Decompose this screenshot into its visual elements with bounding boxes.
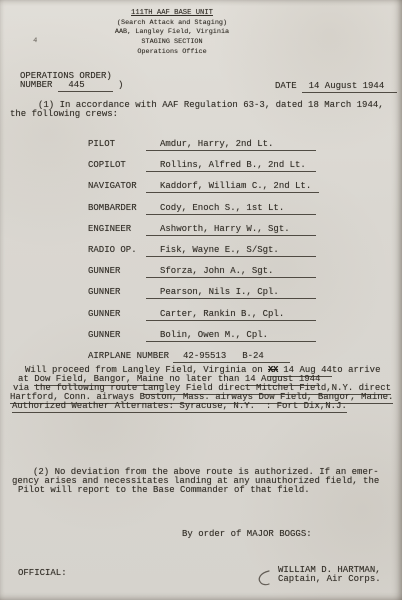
crew-row: BOMBARDERCody, Enoch S., 1st Lt. — [88, 203, 319, 224]
crew-role: GUNNER — [88, 330, 146, 340]
crew-row: GUNNERSforza, John A., Sgt. — [88, 266, 319, 287]
crew-name: Amdur, Harry, 2nd Lt. — [146, 139, 316, 151]
movement-line-5: Authorized Weather Alternates: Syracuse,… — [10, 402, 393, 411]
crew-name: Ashworth, Harry W., Sgt. — [146, 224, 316, 236]
paragraph-2-line-3: Pilot will report to the Base Commander … — [10, 486, 379, 495]
paragraph-2: (2) No deviation from the above route is… — [10, 468, 379, 495]
document-page: 111TH AAF BASE UNIT (Search Attack and S… — [0, 0, 402, 600]
pen-mark-icon — [255, 569, 271, 587]
official-label: OFFICIAL: — [18, 569, 67, 578]
crew-role: GUNNER — [88, 266, 146, 276]
paragraph-1-line-2: the following crews: — [10, 110, 384, 119]
crew-row: GUNNERBolin, Owen M., Cpl. — [88, 330, 319, 351]
pencil-mark: 4 — [33, 38, 38, 45]
unit-office: Operations Office — [0, 48, 344, 58]
crew-row: GUNNERPearson, Nils I., Cpl. — [88, 287, 319, 308]
unit-subtitle: (Search Attack and Staging) — [0, 19, 344, 29]
order-close-paren: ) — [118, 80, 123, 90]
signature-title: Captain, Air Corps. — [278, 575, 381, 584]
document-header: 111TH AAF BASE UNIT (Search Attack and S… — [0, 9, 344, 58]
unit-location: AAB, Langley Field, Virginia — [0, 28, 344, 38]
crew-name: Rollins, Alfred B., 2nd Lt. — [146, 160, 316, 172]
operations-order-block: OPERATIONS ORDER) NUMBER445 ) — [20, 72, 123, 92]
crew-name: Carter, Rankin B., Cpl. — [146, 309, 316, 321]
date-block: DATE14 August 1944 — [275, 82, 397, 93]
signature-block: WILLIAM D. HARTMAN, Captain, Air Corps. — [278, 566, 381, 584]
order-number-value: 445 — [58, 81, 112, 92]
paragraph-1: (1) In accordance with AAF Regulation 63… — [10, 101, 384, 119]
crew-role: ENGINEER — [88, 224, 146, 234]
crew-name: Bolin, Owen M., Cpl. — [146, 330, 316, 342]
crew-role: BOMBARDER — [88, 203, 146, 213]
crew-row: NAVIGATORKaddorf, William C., 2nd Lt. — [88, 181, 319, 202]
crew-role: NAVIGATOR — [88, 181, 146, 191]
movement-l1-post: to arrive — [332, 365, 381, 375]
crew-name: Fisk, Wayne E., S/Sgt. — [146, 245, 316, 257]
crew-row: COPILOTRollins, Alfred B., 2nd Lt. — [88, 160, 319, 181]
crew-row: RADIO OP.Fisk, Wayne E., S/Sgt. — [88, 245, 319, 266]
crew-name: Kaddorf, William C., 2nd Lt. — [146, 181, 319, 193]
airplane-serial: 42-95513 — [183, 351, 226, 361]
date-label: DATE — [275, 81, 297, 91]
crew-name: Sforza, John A., Sgt. — [146, 266, 316, 278]
crew-table: PILOTAmdur, Harry, 2nd Lt. COPILOTRollin… — [88, 139, 319, 372]
weather-alternates: Authorized Weather Alternates: Syracuse,… — [12, 401, 347, 413]
crew-role: COPILOT — [88, 160, 146, 170]
crew-role: GUNNER — [88, 309, 146, 319]
airplane-number-value: 42-95513B-24 — [173, 351, 290, 363]
crew-name: Pearson, Nils I., Cpl. — [146, 287, 316, 299]
date-value: 14 August 1944 — [302, 82, 398, 93]
by-order-line: By order of MAJOR BOGGS: — [182, 530, 312, 539]
unit-title: 111TH AAF BASE UNIT — [0, 9, 344, 19]
crew-row: GUNNERCarter, Rankin B., Cpl. — [88, 309, 319, 330]
crew-role: PILOT — [88, 139, 146, 149]
crew-role: GUNNER — [88, 287, 146, 297]
crew-name: Cody, Enoch S., 1st Lt. — [146, 203, 316, 215]
unit-section: STAGING SECTION — [0, 38, 344, 48]
airplane-number-label: AIRPLANE NUMBER — [88, 351, 169, 361]
movement-paragraph: Will proceed from Langley Field, Virgini… — [10, 366, 393, 411]
order-number-label: NUMBER — [20, 80, 52, 90]
crew-role: RADIO OP. — [88, 245, 146, 255]
airplane-model: B-24 — [242, 351, 264, 361]
crew-row: PILOTAmdur, Harry, 2nd Lt. — [88, 139, 319, 160]
crew-row: ENGINEERAshworth, Harry W., Sgt. — [88, 224, 319, 245]
